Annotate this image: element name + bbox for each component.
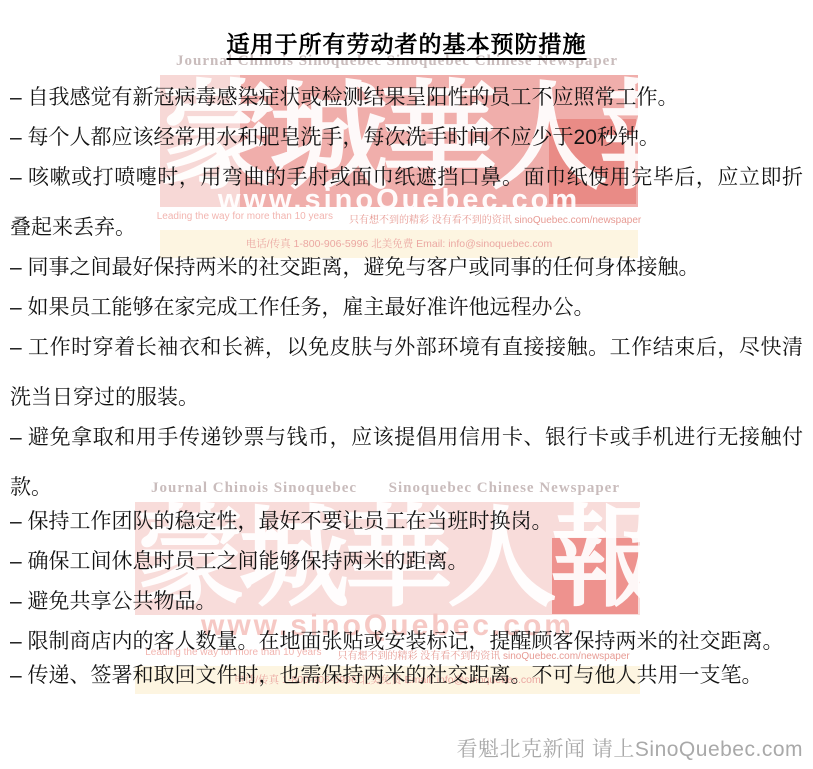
- measures-list: – 自我感觉有新冠病毒感染症状或检测结果呈阳性的员工不应照常工作。 – 每个人都…: [10, 73, 803, 701]
- page-title: 适用于所有劳动者的基本预防措施: [10, 26, 803, 59]
- article-body: 适用于所有劳动者的基本预防措施 – 自我感觉有新冠病毒感染症状或检测结果呈阳性的…: [10, 0, 803, 691]
- list-item: – 工作时穿着长袖衣和长裤，以免皮肤与外部环境有直接接触。工作结束后，尽快清洗当…: [10, 323, 803, 423]
- footer-credit: 看魁北克新闻 请上SinoQuebec.com: [457, 733, 803, 763]
- list-item: – 传递、签署和取回文件时，也需保持两米的社交距离。不可与他人共用一支笔。: [10, 651, 803, 701]
- list-item: – 咳嗽或打喷嚏时，用弯曲的手肘或面巾纸遮挡口鼻。面巾纸使用完毕后，应立即折叠起…: [10, 153, 803, 253]
